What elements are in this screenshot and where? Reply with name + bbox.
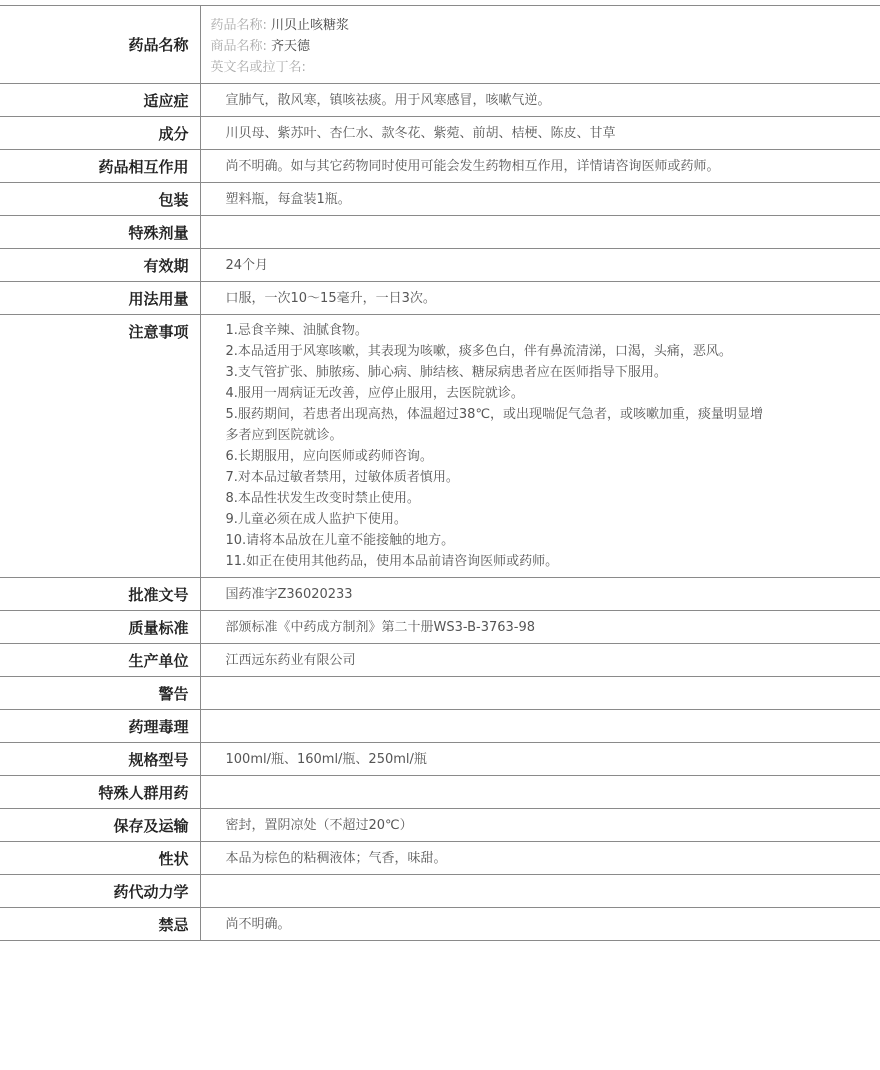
row-value-usage-dosage: 口服，一次10～15毫升，一日3次。 [200,282,880,315]
precaution-item: 2.本品适用于风寒咳嗽，其表现为咳嗽，痰多色白，伴有鼻流清涕，口渴，头痛，恶风。 [226,341,766,362]
precaution-item: 1.忌食辛辣、油腻食物。 [226,320,766,341]
trade-name-value: 齐天德 [271,39,310,54]
row-label-warning: 警告 [0,677,200,710]
row-ingredients: 成分 川贝母、紫苏叶、杏仁水、款冬花、紫菀、前胡、桔梗、陈皮、甘草 [0,117,880,150]
precaution-item: 8.本品性状发生改变时禁止使用。 [226,488,766,509]
drug-spec-table: 药品名称 药品名称: 川贝止咳糖浆 商品名称: 齐天德 英文名或拉丁名: 适应症… [0,5,880,941]
precaution-item: 11.如正在使用其他药品，使用本品前请咨询医师或药师。 [226,551,766,572]
row-indications: 适应症 宣肺气，散风寒，镇咳祛痰。用于风寒感冒，咳嗽气逆。 [0,84,880,117]
row-special-dosage: 特殊剂量 [0,216,880,249]
row-value-description: 本品为棕色的粘稠液体；气香，味甜。 [200,842,880,875]
row-value-specifications: 100ml/瓶、160ml/瓶、250ml/瓶 [200,743,880,776]
row-label-description: 性状 [0,842,200,875]
row-label-approval-number: 批准文号 [0,578,200,611]
row-label-contraindications: 禁忌 [0,908,200,941]
row-warning: 警告 [0,677,880,710]
english-name-label: 英文名或拉丁名: [211,60,306,75]
row-label-quality-standard: 质量标准 [0,611,200,644]
row-value-approval-number: 国药准字Z36020233 [200,578,880,611]
drug-name-label: 药品名称: [211,18,267,33]
row-label-interactions: 药品相互作用 [0,150,200,183]
row-label-pharmacokinetics: 药代动力学 [0,875,200,908]
precaution-item: 10.请将本品放在儿童不能接触的地方。 [226,530,766,551]
row-value-contraindications: 尚不明确。 [200,908,880,941]
row-label-specifications: 规格型号 [0,743,200,776]
row-value-warning [200,677,880,710]
row-value-special-dosage [200,216,880,249]
row-value-packaging: 塑料瓶，每盒装1瓶。 [200,183,880,216]
precautions-list: 1.忌食辛辣、油腻食物。 2.本品适用于风寒咳嗽，其表现为咳嗽，痰多色白，伴有鼻… [226,320,766,572]
row-value-special-populations [200,776,880,809]
drug-name-value: 川贝止咳糖浆 [271,18,349,33]
product-name-cell: 药品名称: 川贝止咳糖浆 商品名称: 齐天德 英文名或拉丁名: [200,6,880,84]
row-manufacturer: 生产单位 江西远东药业有限公司 [0,644,880,677]
row-label-shelf-life: 有效期 [0,249,200,282]
row-value-pharmacology-toxicology [200,710,880,743]
row-label-pharmacology-toxicology: 药理毒理 [0,710,200,743]
row-special-populations: 特殊人群用药 [0,776,880,809]
row-label-special-dosage: 特殊剂量 [0,216,200,249]
row-label-manufacturer: 生产单位 [0,644,200,677]
row-value-quality-standard: 部颁标准《中药成方制剂》第二十册WS3-B-3763-98 [200,611,880,644]
row-packaging: 包装 塑料瓶，每盒装1瓶。 [0,183,880,216]
row-label-indications: 适应症 [0,84,200,117]
row-pharmacology-toxicology: 药理毒理 [0,710,880,743]
row-description: 性状 本品为棕色的粘稠液体；气香，味甜。 [0,842,880,875]
precaution-item: 5.服药期间，若患者出现高热，体温超过38℃，或出现喘促气急者，或咳嗽加重，痰量… [226,404,766,446]
row-label-ingredients: 成分 [0,117,200,150]
row-precautions: 注意事项 1.忌食辛辣、油腻食物。 2.本品适用于风寒咳嗽，其表现为咳嗽，痰多色… [0,315,880,578]
row-interactions: 药品相互作用 尚不明确。如与其它药物同时使用可能会发生药物相互作用，详情请咨询医… [0,150,880,183]
row-approval-number: 批准文号 国药准字Z36020233 [0,578,880,611]
row-quality-standard: 质量标准 部颁标准《中药成方制剂》第二十册WS3-B-3763-98 [0,611,880,644]
row-label-precautions: 注意事项 [0,315,200,578]
trade-name-line: 商品名称: 齐天德 [211,36,880,57]
row-contraindications: 禁忌 尚不明确。 [0,908,880,941]
precaution-item: 6.长期服用，应向医师或药师咨询。 [226,446,766,467]
row-value-pharmacokinetics [200,875,880,908]
row-label-storage-transport: 保存及运输 [0,809,200,842]
row-label-product-name: 药品名称 [0,6,200,84]
row-storage-transport: 保存及运输 密封，置阴凉处（不超过20℃） [0,809,880,842]
row-value-interactions: 尚不明确。如与其它药物同时使用可能会发生药物相互作用，详情请咨询医师或药师。 [200,150,880,183]
row-label-special-populations: 特殊人群用药 [0,776,200,809]
row-pharmacokinetics: 药代动力学 [0,875,880,908]
row-value-manufacturer: 江西远东药业有限公司 [200,644,880,677]
row-shelf-life: 有效期 24个月 [0,249,880,282]
row-label-packaging: 包装 [0,183,200,216]
drug-name-line: 药品名称: 川贝止咳糖浆 [211,15,880,36]
row-value-indications: 宣肺气，散风寒，镇咳祛痰。用于风寒感冒，咳嗽气逆。 [200,84,880,117]
precaution-item: 3.支气管扩张、肺脓疡、肺心病、肺结核、糖尿病患者应在医师指导下服用。 [226,362,766,383]
row-value-storage-transport: 密封，置阴凉处（不超过20℃） [200,809,880,842]
precaution-item: 7.对本品过敏者禁用，过敏体质者慎用。 [226,467,766,488]
row-product-name: 药品名称 药品名称: 川贝止咳糖浆 商品名称: 齐天德 英文名或拉丁名: [0,6,880,84]
trade-name-label: 商品名称: [211,39,267,54]
row-label-usage-dosage: 用法用量 [0,282,200,315]
row-specifications: 规格型号 100ml/瓶、160ml/瓶、250ml/瓶 [0,743,880,776]
row-value-ingredients: 川贝母、紫苏叶、杏仁水、款冬花、紫菀、前胡、桔梗、陈皮、甘草 [200,117,880,150]
row-usage-dosage: 用法用量 口服，一次10～15毫升，一日3次。 [0,282,880,315]
row-value-precautions: 1.忌食辛辣、油腻食物。 2.本品适用于风寒咳嗽，其表现为咳嗽，痰多色白，伴有鼻… [200,315,880,578]
precaution-item: 9.儿童必须在成人监护下使用。 [226,509,766,530]
row-value-shelf-life: 24个月 [200,249,880,282]
precaution-item: 4.服用一周病证无改善，应停止服用，去医院就诊。 [226,383,766,404]
english-name-line: 英文名或拉丁名: [211,57,880,78]
